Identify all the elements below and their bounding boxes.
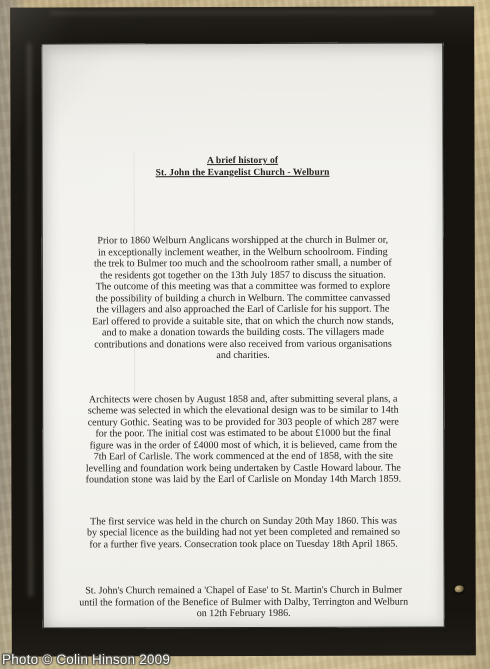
document-paragraph: Architects were chosen by August 1858 an…	[46, 393, 440, 486]
document-text: A brief history of St. John the Evangeli…	[41, 42, 445, 638]
picture-frame: A brief history of St. John the Evangeli…	[10, 6, 476, 656]
document-paragraph: St. John's Church remained a 'Chapel of …	[47, 584, 441, 620]
frame-screw-icon	[455, 585, 464, 592]
document-paper: A brief history of St. John the Evangeli…	[41, 42, 445, 628]
frame-left-sheen	[27, 44, 32, 597]
document-paragraph: Prior to 1860 Welburn Anglicans worshipp…	[46, 234, 440, 362]
document-title: A brief history of St. John the Evangeli…	[41, 60, 443, 179]
photo-credit-caption: Photo © Colin Hinson 2009	[2, 652, 170, 667]
stone-wall-background: A brief history of St. John the Evangeli…	[0, 0, 490, 669]
document-paragraph: The first service was held in the church…	[46, 515, 440, 551]
frame-top-sheen	[50, 10, 434, 14]
